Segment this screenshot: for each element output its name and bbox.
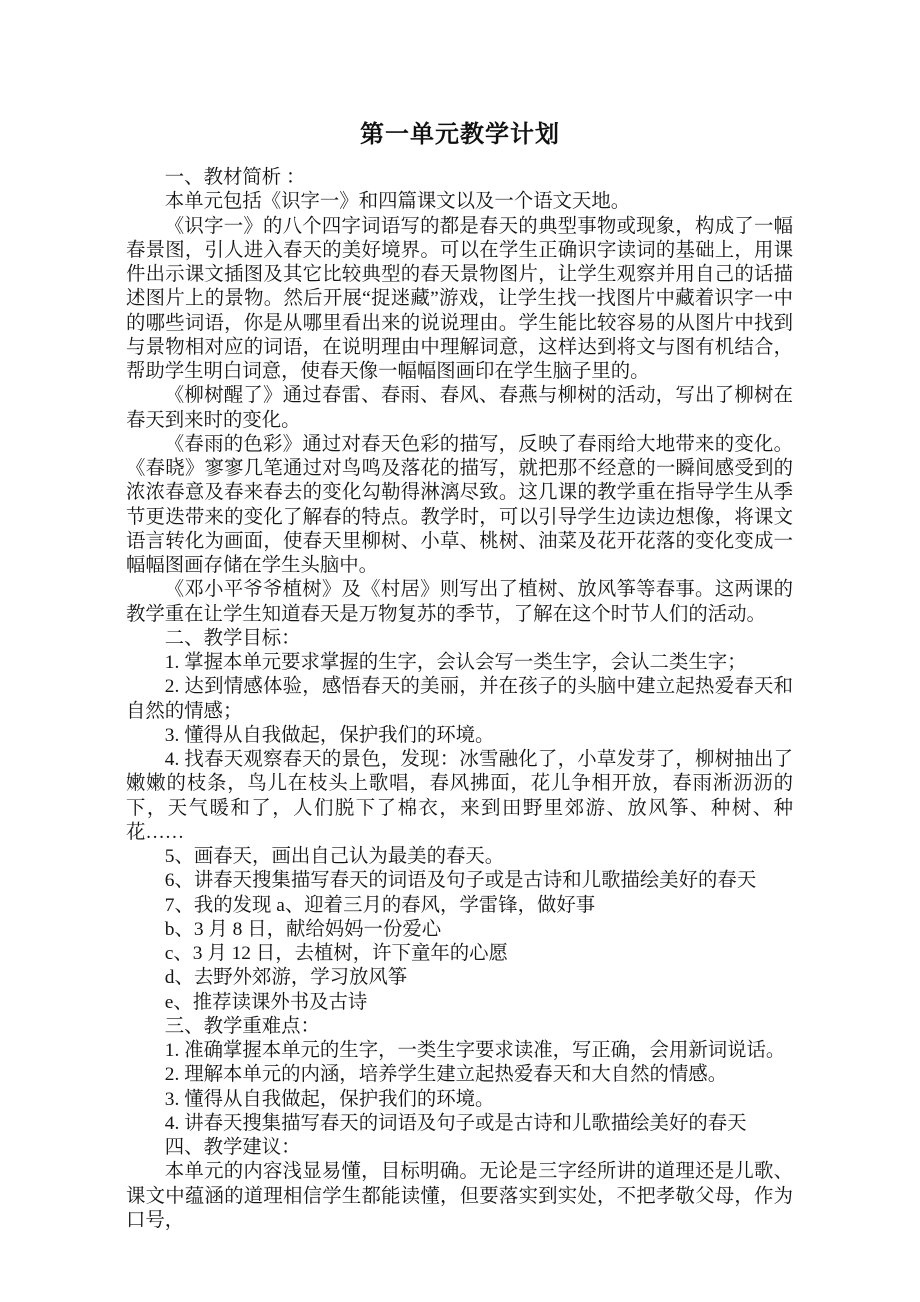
paragraph: 5、画春天，画出自己认为最美的春天。 [126,845,793,869]
paragraph: 1. 准确掌握本单元的生字，一类生字要求读准，写正确，会用新词说话。 [126,1039,793,1063]
paragraph: 2. 理解本单元的内涵，培养学生建立起热爱春天和大自然的情感。 [126,1063,793,1087]
paragraph: 四、教学建议： [126,1136,793,1160]
document-body: 一、教材简析 ：本单元包括《识字一》和四篇课文以及一个语文天地。《识字一》的八个… [126,166,793,1233]
paragraph: 二、教学目标： [126,627,793,651]
paragraph: 《邓小平爷爷植树》及《村居》则写出了植树、放风筝等春事。这两课的教学重在让学生知… [126,578,793,627]
paragraph: e、推荐读课外书及古诗 [126,991,793,1015]
paragraph: 1. 掌握本单元要求掌握的生字，会认会写一类生字，会认二类生字； [126,651,793,675]
paragraph: 3. 懂得从自我做起，保护我们的环境。 [126,1088,793,1112]
paragraph: 《春雨的色彩》通过对春天色彩的描写，反映了春雨给大地带来的变化。《春晓》寥寥几笔… [126,433,793,579]
paragraph: 3. 懂得从自我做起，保护我们的环境。 [126,724,793,748]
paragraph: 三、教学重难点： [126,1015,793,1039]
paragraph: 《识字一》的八个四字词语写的都是春天的典型事物或现象，构成了一幅春景图，引人进入… [126,215,793,385]
paragraph: 4. 讲春天搜集描写春天的词语及句子或是古诗和儿歌描绘美好的春天 [126,1112,793,1136]
paragraph: 2. 达到情感体验，感悟春天的美丽，并在孩子的头脑中建立起热爱春天和自然的情感； [126,675,793,724]
paragraph: 一、教材简析 ： [126,166,793,190]
paragraph: 《柳树醒了》通过春雷、春雨、春风、春燕与柳树的活动，写出了柳树在春天到来时的变化… [126,384,793,433]
paragraph: 6、讲春天搜集描写春天的词语及句子或是古诗和儿歌描绘美好的春天 [126,869,793,893]
document-page: 第一单元教学计划 一、教材简析 ：本单元包括《识字一》和四篇课文以及一个语文天地… [0,0,920,1302]
paragraph: b、3 月 8 日，献给妈妈一份爱心 [126,918,793,942]
paragraph: 7、我的发现 a、迎着三月的春风，学雷锋，做好事 [126,894,793,918]
page-title: 第一单元教学计划 [0,0,920,149]
paragraph: 本单元的内容浅显易懂，目标明确。无论是三字经所讲的道理还是儿歌、课文中蕴涵的道理… [126,1160,793,1233]
paragraph: c、3 月 12 日，去植树，许下童年的心愿 [126,942,793,966]
paragraph: 本单元包括《识字一》和四篇课文以及一个语文天地。 [126,190,793,214]
paragraph: d、去野外郊游，学习放风筝 [126,966,793,990]
paragraph: 4. 找春天观察春天的景色，发现：冰雪融化了，小草发芽了，柳树抽出了嫩嫩的枝条，… [126,748,793,845]
